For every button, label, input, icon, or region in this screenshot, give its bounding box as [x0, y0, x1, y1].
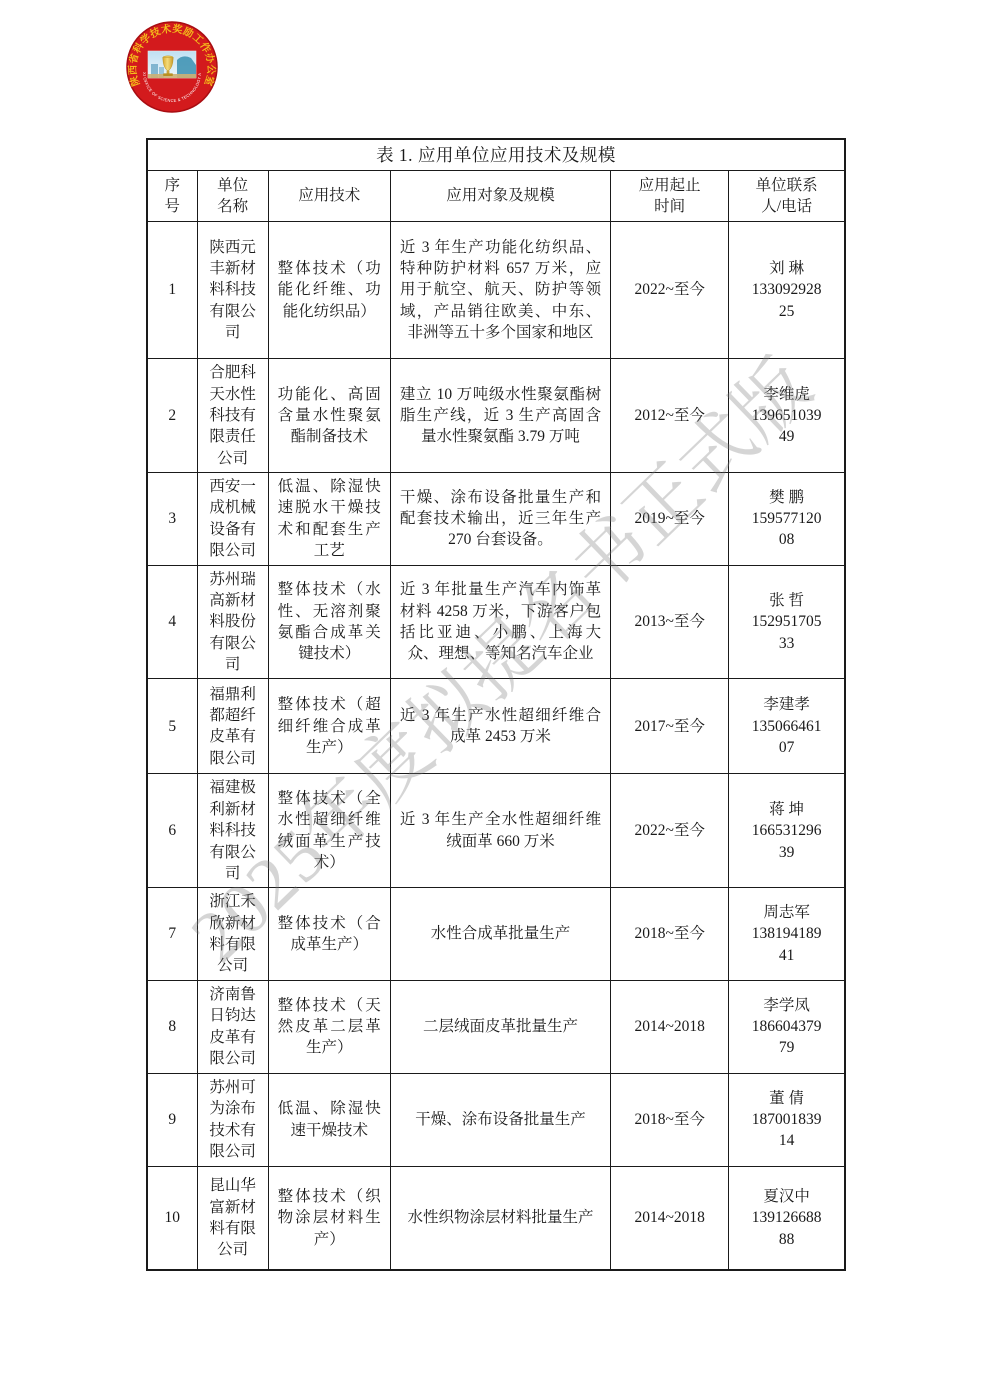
- contact-phone: 13819418941: [749, 923, 825, 966]
- org-seal-logo: 陕西省科学技术奖励工作办公室 SHAANXI OFFICE OF SCIENCE…: [125, 20, 219, 114]
- contact-cell: 李维虎13965103949: [729, 359, 845, 473]
- table-row: 6 福建极利新材料科技有限公司 整体技术（全水性超细纤维绒面革生产技术） 近 3…: [147, 774, 845, 888]
- table-title: 表 1. 应用单位应用技术及规模: [147, 139, 845, 171]
- period: 2013~至今: [611, 565, 729, 679]
- contact-cell: 刘 琳13309292825: [729, 222, 845, 359]
- application-scope: 建立 10 万吨级水性聚氨酯树脂生产线，近 3 生产高固含量水性聚氨酯 3.79…: [390, 359, 610, 473]
- table-row: 4 苏州瑞高新材料股份有限公司 整体技术（水性、无溶剂聚氨酯合成革关键技术） 近…: [147, 565, 845, 679]
- contact-cell: 董 倩18700183914: [729, 1073, 845, 1166]
- contact-name: 樊 鹏: [734, 487, 839, 508]
- technology: 整体技术（水性、无溶剂聚氨酯合成革关键技术）: [268, 565, 390, 679]
- contact-name: 周志军: [734, 902, 839, 923]
- period: 2022~至今: [611, 774, 729, 888]
- contact-cell: 蒋 坤16653129639: [729, 774, 845, 888]
- contact-name: 李建孝: [734, 694, 839, 715]
- period: 2022~至今: [611, 222, 729, 359]
- row-no: 9: [147, 1073, 197, 1166]
- seal-graphic: 陕西省科学技术奖励工作办公室 SHAANXI OFFICE OF SCIENCE…: [125, 20, 219, 114]
- contact-phone: 15957712008: [749, 508, 825, 551]
- application-scope: 水性合成革批量生产: [390, 888, 610, 981]
- contact-phone: 18700183914: [749, 1109, 825, 1152]
- period: 2018~至今: [611, 1073, 729, 1166]
- application-scope: 二层绒面皮革批量生产: [390, 980, 610, 1073]
- header-scope: 应用对象及规模: [390, 171, 610, 222]
- technology: 低温、除湿快速脱水干燥技术和配套生产工艺: [268, 473, 390, 566]
- technology: 低温、除湿快速干燥技术: [268, 1073, 390, 1166]
- application-scope: 水性织物涂层材料批量生产: [390, 1166, 610, 1270]
- contact-phone: 15295170533: [749, 611, 825, 654]
- application-scope: 干燥、涂布设备批量生产和配套技术输出，近三年生产 270 台套设备。: [390, 473, 610, 566]
- table-row: 8 济南鲁日钧达皮革有限公司 整体技术（天然皮革二层革生产） 二层绒面皮革批量生…: [147, 980, 845, 1073]
- technology: 整体技术（功能化纤维、功能化纺织品）: [268, 222, 390, 359]
- table-row: 5 福鼎利都超纤皮革有限公司 整体技术（超细纤维合成革生产） 近 3 年生产水性…: [147, 679, 845, 774]
- header-contact: 单位联系 人/电话: [729, 171, 845, 222]
- company-name: 合肥科天水性科技有限责任公司: [197, 359, 268, 473]
- company-name: 昆山华富新材料有限公司: [197, 1166, 268, 1270]
- period: 2014~2018: [611, 1166, 729, 1270]
- header-period: 应用起止 时间: [611, 171, 729, 222]
- row-no: 7: [147, 888, 197, 981]
- technology: 整体技术（全水性超细纤维绒面革生产技术）: [268, 774, 390, 888]
- period: 2017~至今: [611, 679, 729, 774]
- row-no: 8: [147, 980, 197, 1073]
- row-no: 1: [147, 222, 197, 359]
- contact-phone: 18660437979: [749, 1016, 825, 1059]
- company-name: 福鼎利都超纤皮革有限公司: [197, 679, 268, 774]
- contact-cell: 周志军13819418941: [729, 888, 845, 981]
- row-no: 10: [147, 1166, 197, 1270]
- period: 2014~2018: [611, 980, 729, 1073]
- table-row: 2 合肥科天水性科技有限责任公司 功能化、高固含量水性聚氨酯制备技术 建立 10…: [147, 359, 845, 473]
- contact-cell: 李学凤18660437979: [729, 980, 845, 1073]
- contact-name: 夏汉中: [734, 1186, 839, 1207]
- header-tech: 应用技术: [268, 171, 390, 222]
- contact-phone: 13506646107: [749, 716, 825, 759]
- company-name: 济南鲁日钧达皮革有限公司: [197, 980, 268, 1073]
- application-scope: 近 3 年生产水性超细纤维合成革 2453 万米: [390, 679, 610, 774]
- company-name: 苏州瑞高新材料股份有限公司: [197, 565, 268, 679]
- seal-photo: [148, 51, 196, 78]
- table-row: 1 陕西元丰新材料科技有限公司 整体技术（功能化纤维、功能化纺织品） 近 3 年…: [147, 222, 845, 359]
- company-name: 陕西元丰新材料科技有限公司: [197, 222, 268, 359]
- technology: 整体技术（超细纤维合成革生产）: [268, 679, 390, 774]
- contact-cell: 夏汉中13912668888: [729, 1166, 845, 1270]
- contact-phone: 13912668888: [749, 1207, 825, 1250]
- contact-name: 董 倩: [734, 1088, 839, 1109]
- contact-name: 刘 琳: [734, 258, 839, 279]
- contact-cell: 李建孝13506646107: [729, 679, 845, 774]
- application-scope: 干燥、涂布设备批量生产: [390, 1073, 610, 1166]
- table-header-row: 序 号 单位 名称 应用技术 应用对象及规模 应用起止 时间 单位联系 人/电话: [147, 171, 845, 222]
- row-no: 2: [147, 359, 197, 473]
- contact-name: 张 哲: [734, 590, 839, 611]
- contact-name: 李学凤: [734, 995, 839, 1016]
- application-scope: 近 3 年生产功能化纺织品、特种防护材料 657 万米，应用于航空、航天、防护等…: [390, 222, 610, 359]
- contact-cell: 樊 鹏15957712008: [729, 473, 845, 566]
- technology: 整体技术（天然皮革二层革生产）: [268, 980, 390, 1073]
- technology: 功能化、高固含量水性聚氨酯制备技术: [268, 359, 390, 473]
- row-no: 5: [147, 679, 197, 774]
- period: 2018~至今: [611, 888, 729, 981]
- application-scope: 近 3 年生产全水性超细纤维绒面革 660 万米: [390, 774, 610, 888]
- contact-name: 蒋 坤: [734, 799, 839, 820]
- application-table: 表 1. 应用单位应用技术及规模 序 号 单位 名称 应用技术 应用对象及规模 …: [146, 138, 846, 1271]
- contact-phone: 16653129639: [749, 820, 825, 863]
- company-name: 西安一成机械设备有限公司: [197, 473, 268, 566]
- row-no: 6: [147, 774, 197, 888]
- contact-phone: 13965103949: [749, 405, 825, 448]
- header-company: 单位 名称: [197, 171, 268, 222]
- technology: 整体技术（合成革生产）: [268, 888, 390, 981]
- period: 2019~至今: [611, 473, 729, 566]
- period: 2012~至今: [611, 359, 729, 473]
- table-title-row: 表 1. 应用单位应用技术及规模: [147, 139, 845, 171]
- row-no: 4: [147, 565, 197, 679]
- application-scope: 近 3 年批量生产汽车内饰革材料 4258 万米，下游客户包括比亚迪、小鹏、上海…: [390, 565, 610, 679]
- table-row: 10 昆山华富新材料有限公司 整体技术（织物涂层材料生产） 水性织物涂层材料批量…: [147, 1166, 845, 1270]
- contact-cell: 张 哲15295170533: [729, 565, 845, 679]
- table-row: 3 西安一成机械设备有限公司 低温、除湿快速脱水干燥技术和配套生产工艺 干燥、涂…: [147, 473, 845, 566]
- table-row: 7 浙江禾欣新材料有限公司 整体技术（合成革生产） 水性合成革批量生产 2018…: [147, 888, 845, 981]
- contact-phone: 13309292825: [749, 279, 825, 322]
- company-name: 苏州可为涂布技术有限公司: [197, 1073, 268, 1166]
- company-name: 福建极利新材料科技有限公司: [197, 774, 268, 888]
- header-no: 序 号: [147, 171, 197, 222]
- contact-name: 李维虎: [734, 384, 839, 405]
- row-no: 3: [147, 473, 197, 566]
- company-name: 浙江禾欣新材料有限公司: [197, 888, 268, 981]
- table-row: 9 苏州可为涂布技术有限公司 低温、除湿快速干燥技术 干燥、涂布设备批量生产 2…: [147, 1073, 845, 1166]
- technology: 整体技术（织物涂层材料生产）: [268, 1166, 390, 1270]
